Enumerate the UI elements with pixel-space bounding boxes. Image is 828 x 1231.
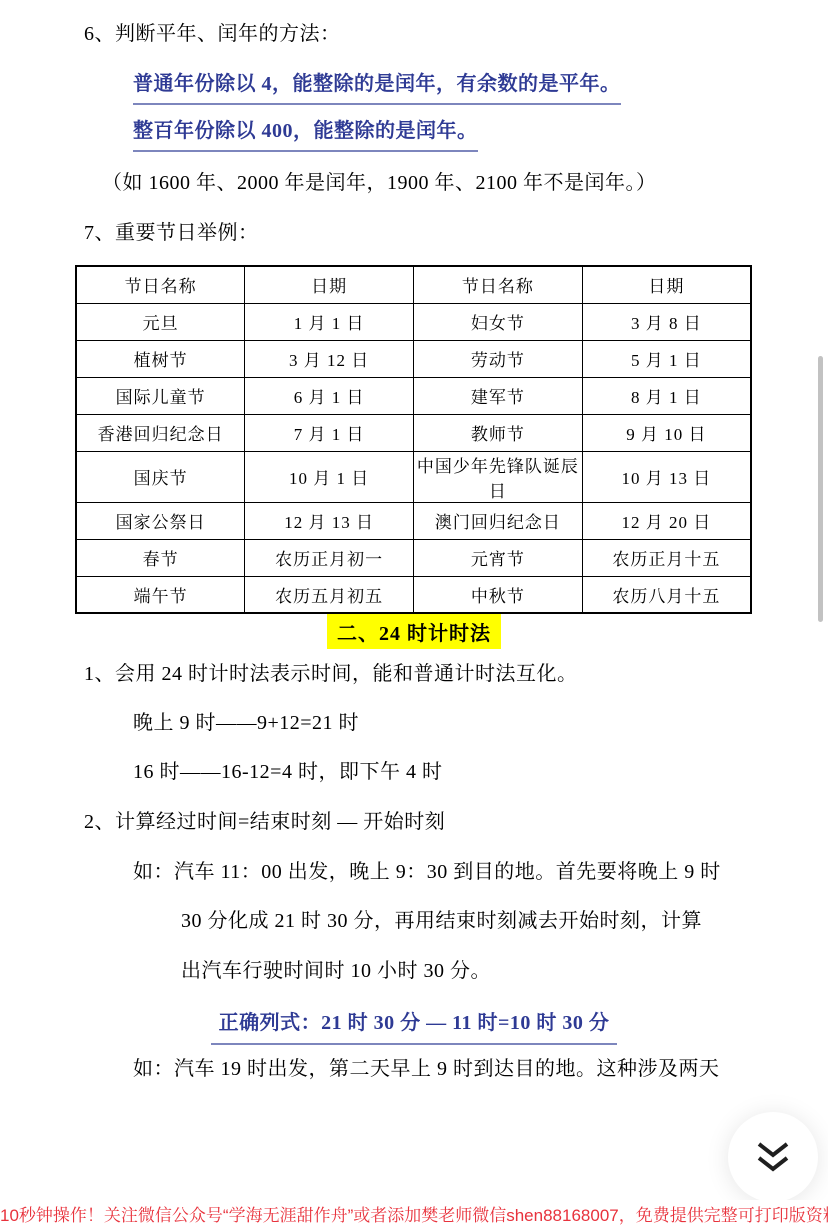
table-cell: 国际儿童节	[76, 377, 245, 414]
table-cell: 7 月 1 日	[245, 414, 414, 451]
table-cell: 9 月 10 日	[582, 414, 751, 451]
section6-heading: 6、判断平年、闰年的方法：	[84, 22, 341, 46]
example1a-text: 晚上 9 时——9+12=21 时	[133, 711, 359, 735]
section-24hour-title: 二、24 时计时法	[327, 614, 501, 649]
table-cell: 元宵节	[414, 539, 583, 576]
table-header-cell: 日期	[582, 266, 751, 303]
leap-year-rule-1: 普通年份除以 4，能整除的是闰年，有余数的是平年。	[133, 72, 621, 105]
table-cell: 12 月 13 日	[245, 502, 414, 539]
table-row: 端午节 农历五月初五 中秋节 农历八月十五	[76, 576, 751, 613]
correct-formula-text: 正确列式：21 时 30 分 — 11 时=10 时 30 分	[211, 1006, 618, 1045]
table-header-cell: 节日名称	[414, 266, 583, 303]
table-header-cell: 节日名称	[76, 266, 245, 303]
table-cell: 春节	[76, 539, 245, 576]
table-cell: 6 月 1 日	[245, 377, 414, 414]
table-cell: 3 月 12 日	[245, 340, 414, 377]
table-row: 国庆节 10 月 1 日 中国少年先锋队诞辰日 10 月 13 日	[76, 451, 751, 502]
table-row: 国际儿童节 6 月 1 日 建军节 8 月 1 日	[76, 377, 751, 414]
leap-year-rule-2: 整百年份除以 400，能整除的是闰年。	[133, 119, 478, 152]
table-cell: 10 月 13 日	[582, 451, 751, 502]
promo-footer: 10秒钟操作！关注微信公众号“学海无涯甜作舟”或者添加樊老师微信shen8816…	[0, 1200, 828, 1231]
table-cell: 8 月 1 日	[582, 377, 751, 414]
table-row: 元旦 1 月 1 日 妇女节 3 月 8 日	[76, 303, 751, 340]
table-cell: 12 月 20 日	[582, 502, 751, 539]
table-cell: 植树节	[76, 340, 245, 377]
table-row: 春节 农历正月初一 元宵节 农历正月十五	[76, 539, 751, 576]
table-cell: 香港回归纪念日	[76, 414, 245, 451]
point2-text: 2、计算经过时间=结束时刻 — 开始时刻	[84, 810, 445, 834]
table-row: 植树节 3 月 12 日 劳动节 5 月 1 日	[76, 340, 751, 377]
example2-line3: 出汽车行驶时间时 10 小时 30 分。	[181, 959, 491, 983]
point1-text: 1、会用 24 时计时法表示时间，能和普通计时法互化。	[84, 662, 578, 686]
section7-heading: 7、重要节日举例：	[84, 221, 259, 245]
example1b-text: 16 时——16-12=4 时，即下午 4 时	[133, 760, 442, 784]
example3-text: 如：汽车 19 时出发，第二天早上 9 时到达目的地。这种涉及两天	[133, 1057, 720, 1081]
table-cell: 妇女节	[414, 303, 583, 340]
table-cell: 中国少年先锋队诞辰日	[414, 451, 583, 502]
example2-line1: 如：汽车 11：00 出发，晚上 9：30 到目的地。首先要将晚上 9 时	[133, 860, 721, 884]
table-cell: 中秋节	[414, 576, 583, 613]
table-row: 国家公祭日 12 月 13 日 澳门回归纪念日 12 月 20 日	[76, 502, 751, 539]
table-cell: 教师节	[414, 414, 583, 451]
table-header-cell: 日期	[245, 266, 414, 303]
table-cell: 3 月 8 日	[582, 303, 751, 340]
table-cell: 农历八月十五	[582, 576, 751, 613]
festival-table: 节日名称 日期 节日名称 日期 元旦 1 月 1 日 妇女节 3 月 8 日 植…	[75, 265, 752, 614]
table-cell: 元旦	[76, 303, 245, 340]
table-cell: 农历五月初五	[245, 576, 414, 613]
scrollbar-thumb[interactable]	[818, 356, 823, 622]
table-cell: 1 月 1 日	[245, 303, 414, 340]
double-chevron-down-icon	[755, 1141, 791, 1173]
table-cell: 农历正月初一	[245, 539, 414, 576]
table-cell: 国庆节	[76, 451, 245, 502]
table-cell: 10 月 1 日	[245, 451, 414, 502]
table-cell: 农历正月十五	[582, 539, 751, 576]
table-cell: 端午节	[76, 576, 245, 613]
table-header-row: 节日名称 日期 节日名称 日期	[76, 266, 751, 303]
table-cell: 澳门回归纪念日	[414, 502, 583, 539]
table-cell: 劳动节	[414, 340, 583, 377]
example2-line2: 30 分化成 21 时 30 分，再用结束时刻减去开始时刻，计算	[181, 909, 702, 933]
table-cell: 国家公祭日	[76, 502, 245, 539]
promo-text: 10秒钟操作！关注微信公众号“学海无涯甜作舟”或者添加樊老师微信shen8816…	[0, 1200, 828, 1231]
table-cell: 建军节	[414, 377, 583, 414]
scroll-to-bottom-button[interactable]	[728, 1112, 818, 1202]
table-row: 香港回归纪念日 7 月 1 日 教师节 9 月 10 日	[76, 414, 751, 451]
table-cell: 5 月 1 日	[582, 340, 751, 377]
leap-year-note: （如 1600 年、2000 年是闰年，1900 年、2100 年不是闰年。）	[102, 171, 657, 195]
